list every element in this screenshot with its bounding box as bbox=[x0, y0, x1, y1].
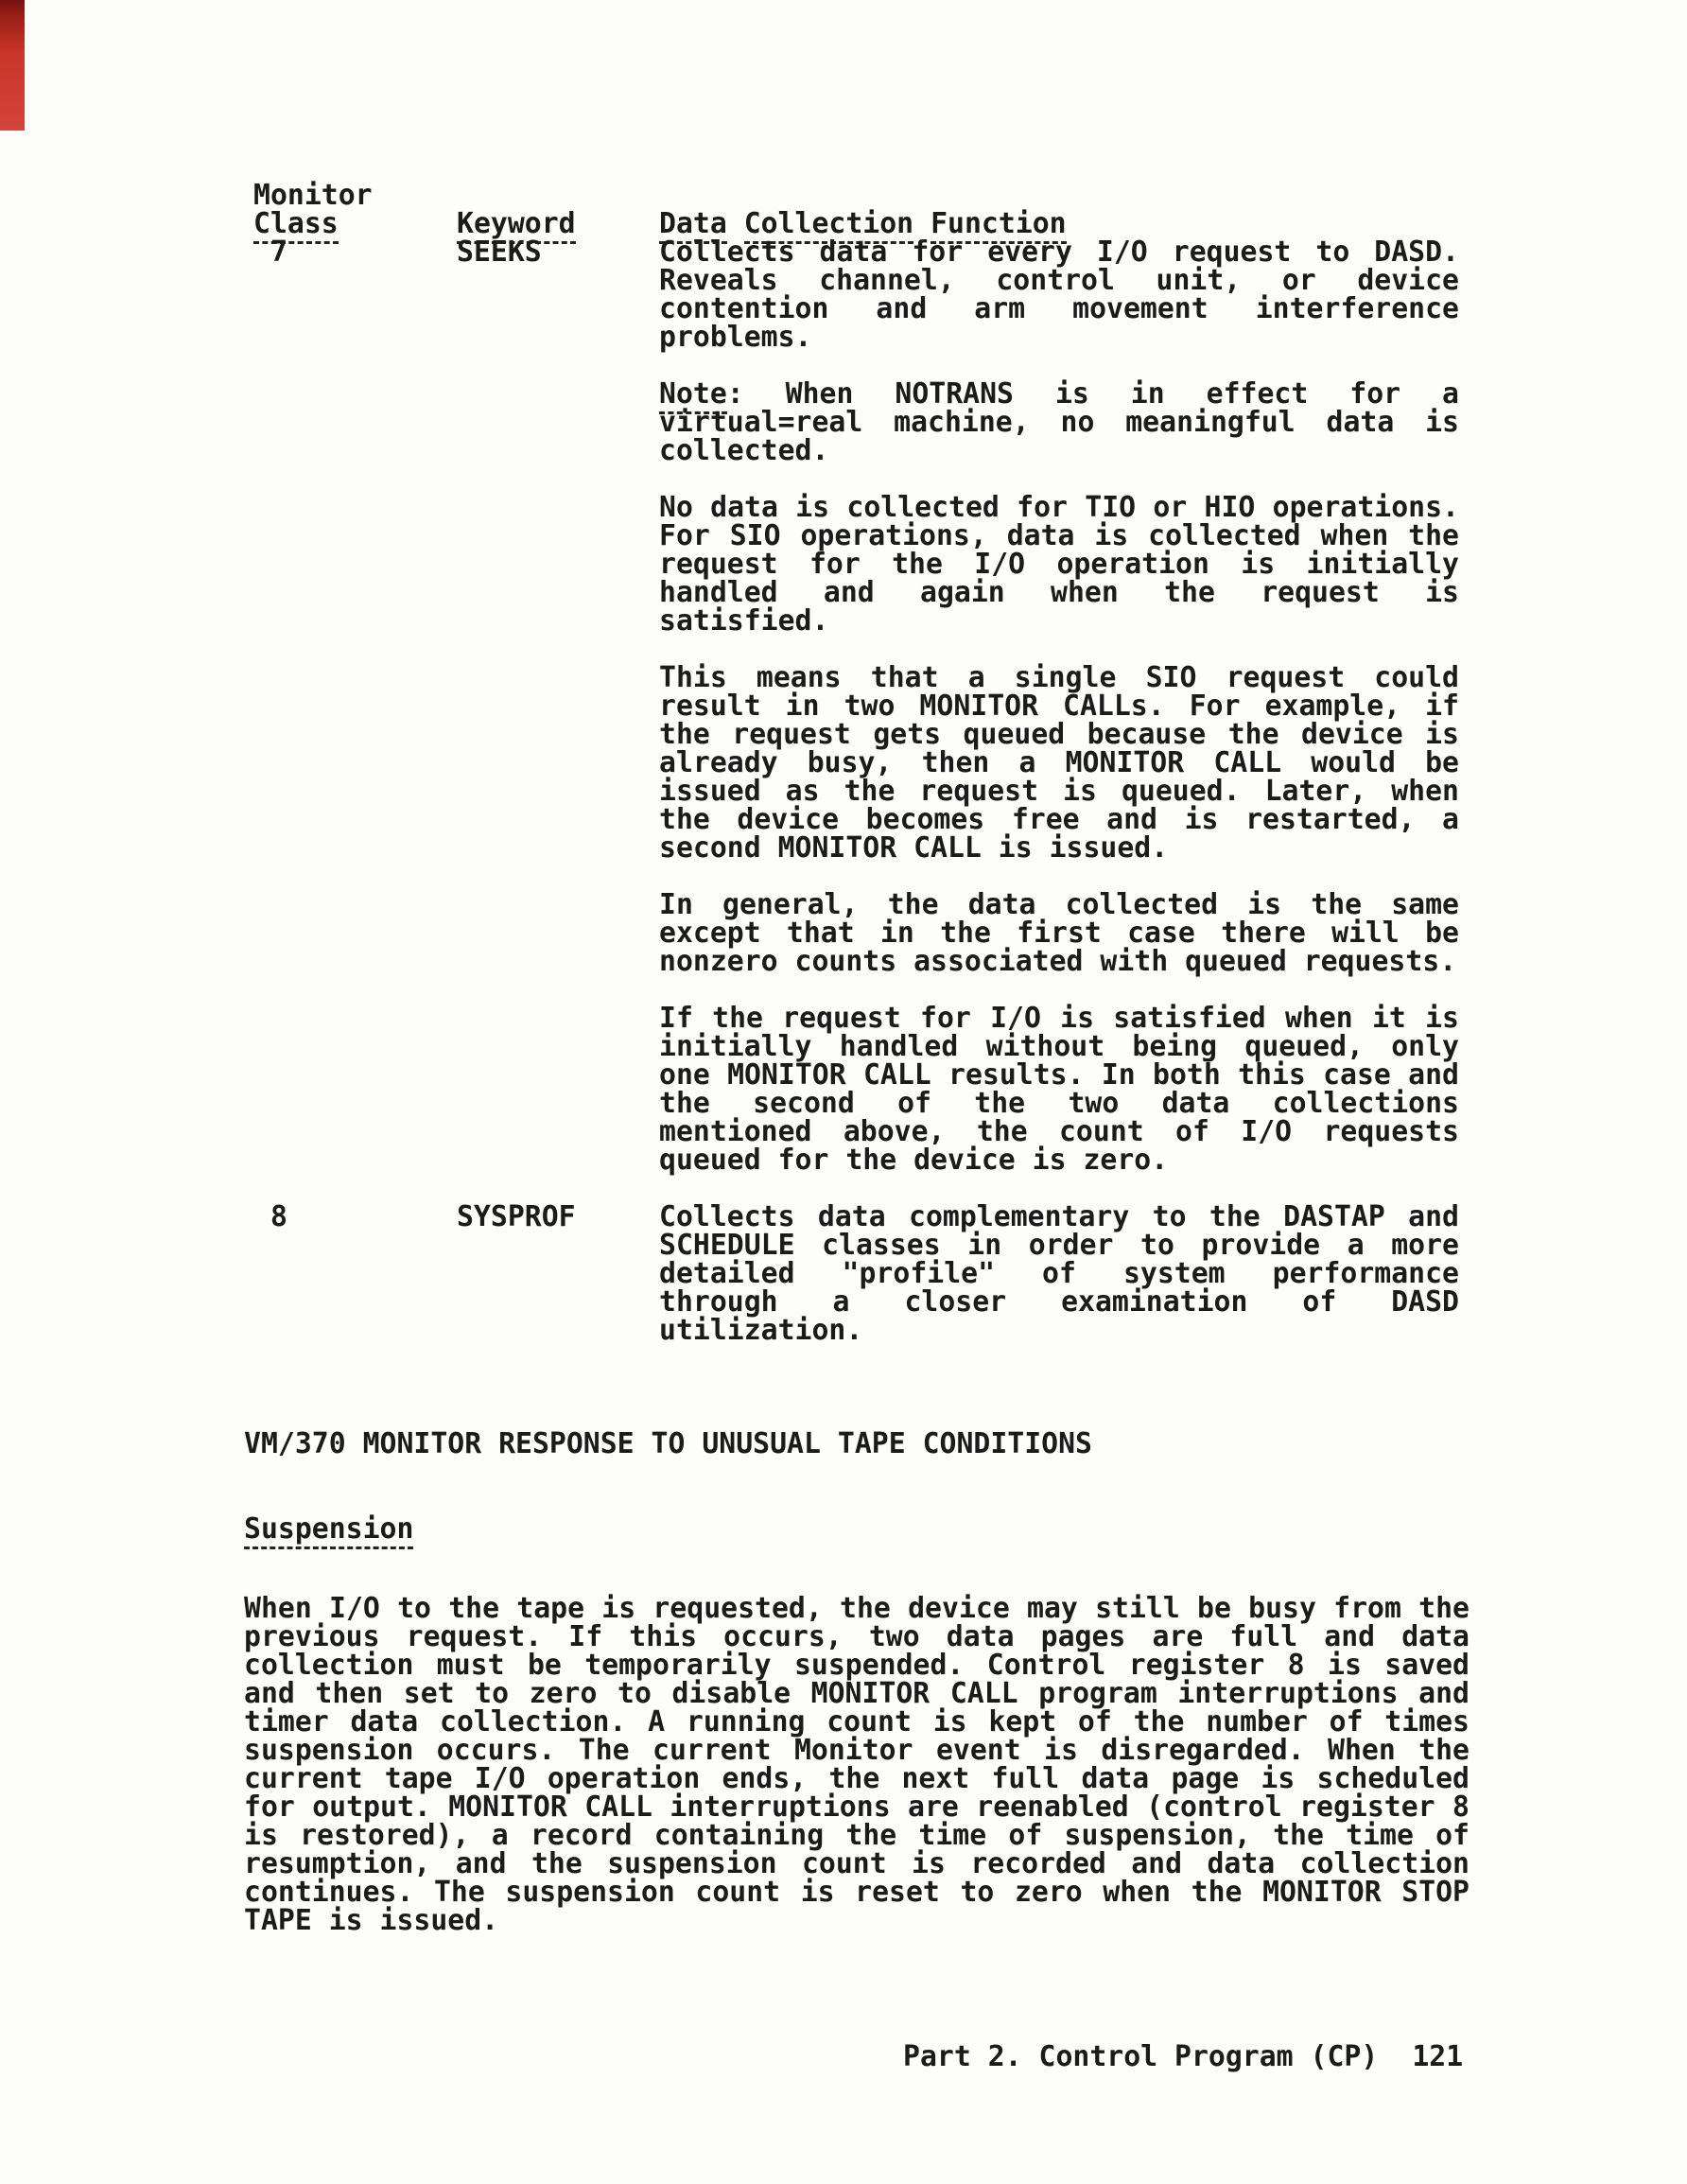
paragraph: No data is collected for TIO or HIO oper… bbox=[659, 494, 1459, 636]
class-column-header: Class bbox=[253, 207, 339, 244]
page-footer: Part 2. Control Program (CP)121 bbox=[903, 2043, 1463, 2071]
function-column-header: Data Collection Function bbox=[659, 210, 1067, 238]
section-subheading: Suspension bbox=[244, 1512, 413, 1549]
function-text-seeks: Collects data for every I/O request to D… bbox=[659, 238, 1459, 1175]
paragraph: This means that a single SIO request cou… bbox=[659, 664, 1459, 863]
document-page: Monitor Class Keyword Data Collection Fu… bbox=[0, 0, 1687, 2184]
paragraph: In general, the data collected is the sa… bbox=[659, 891, 1459, 976]
monitor-class-header-line1: Monitor bbox=[253, 182, 373, 210]
paragraph: If the request for I/O is satisfied when… bbox=[659, 1005, 1459, 1175]
keyword-value-seeks: SEEKS bbox=[457, 238, 542, 267]
footer-page-number: 121 bbox=[1412, 2040, 1463, 2073]
section-body-paragraph: When I/O to the tape is requested, the d… bbox=[244, 1595, 1470, 1935]
function-text-sysprof: Collects data complementary to the DASTA… bbox=[659, 1203, 1459, 1345]
footer-text: Part 2. Control Program (CP) bbox=[903, 2040, 1378, 2073]
paragraph-note: Note: When NOTRANS is in effect for a vi… bbox=[659, 380, 1459, 465]
monitor-class-header-line2: Class bbox=[253, 210, 339, 238]
section-heading: VM/370 MONITOR RESPONSE TO UNUSUAL TAPE … bbox=[244, 1430, 1092, 1459]
section-subheading-wrap: Suspension bbox=[244, 1515, 413, 1544]
note-text: : When NOTRANS is in effect for a virtua… bbox=[659, 377, 1459, 467]
class-value-7: 7 bbox=[270, 238, 287, 267]
keyword-column-header-wrap: Keyword bbox=[457, 210, 576, 238]
paragraph: Collects data complementary to the DASTA… bbox=[659, 1203, 1459, 1345]
class-value-8: 8 bbox=[270, 1203, 287, 1232]
scan-artifact-red-bar bbox=[0, 0, 25, 131]
paragraph: Collects data for every I/O request to D… bbox=[659, 238, 1459, 352]
keyword-value-sysprof: SYSPROF bbox=[457, 1203, 576, 1232]
